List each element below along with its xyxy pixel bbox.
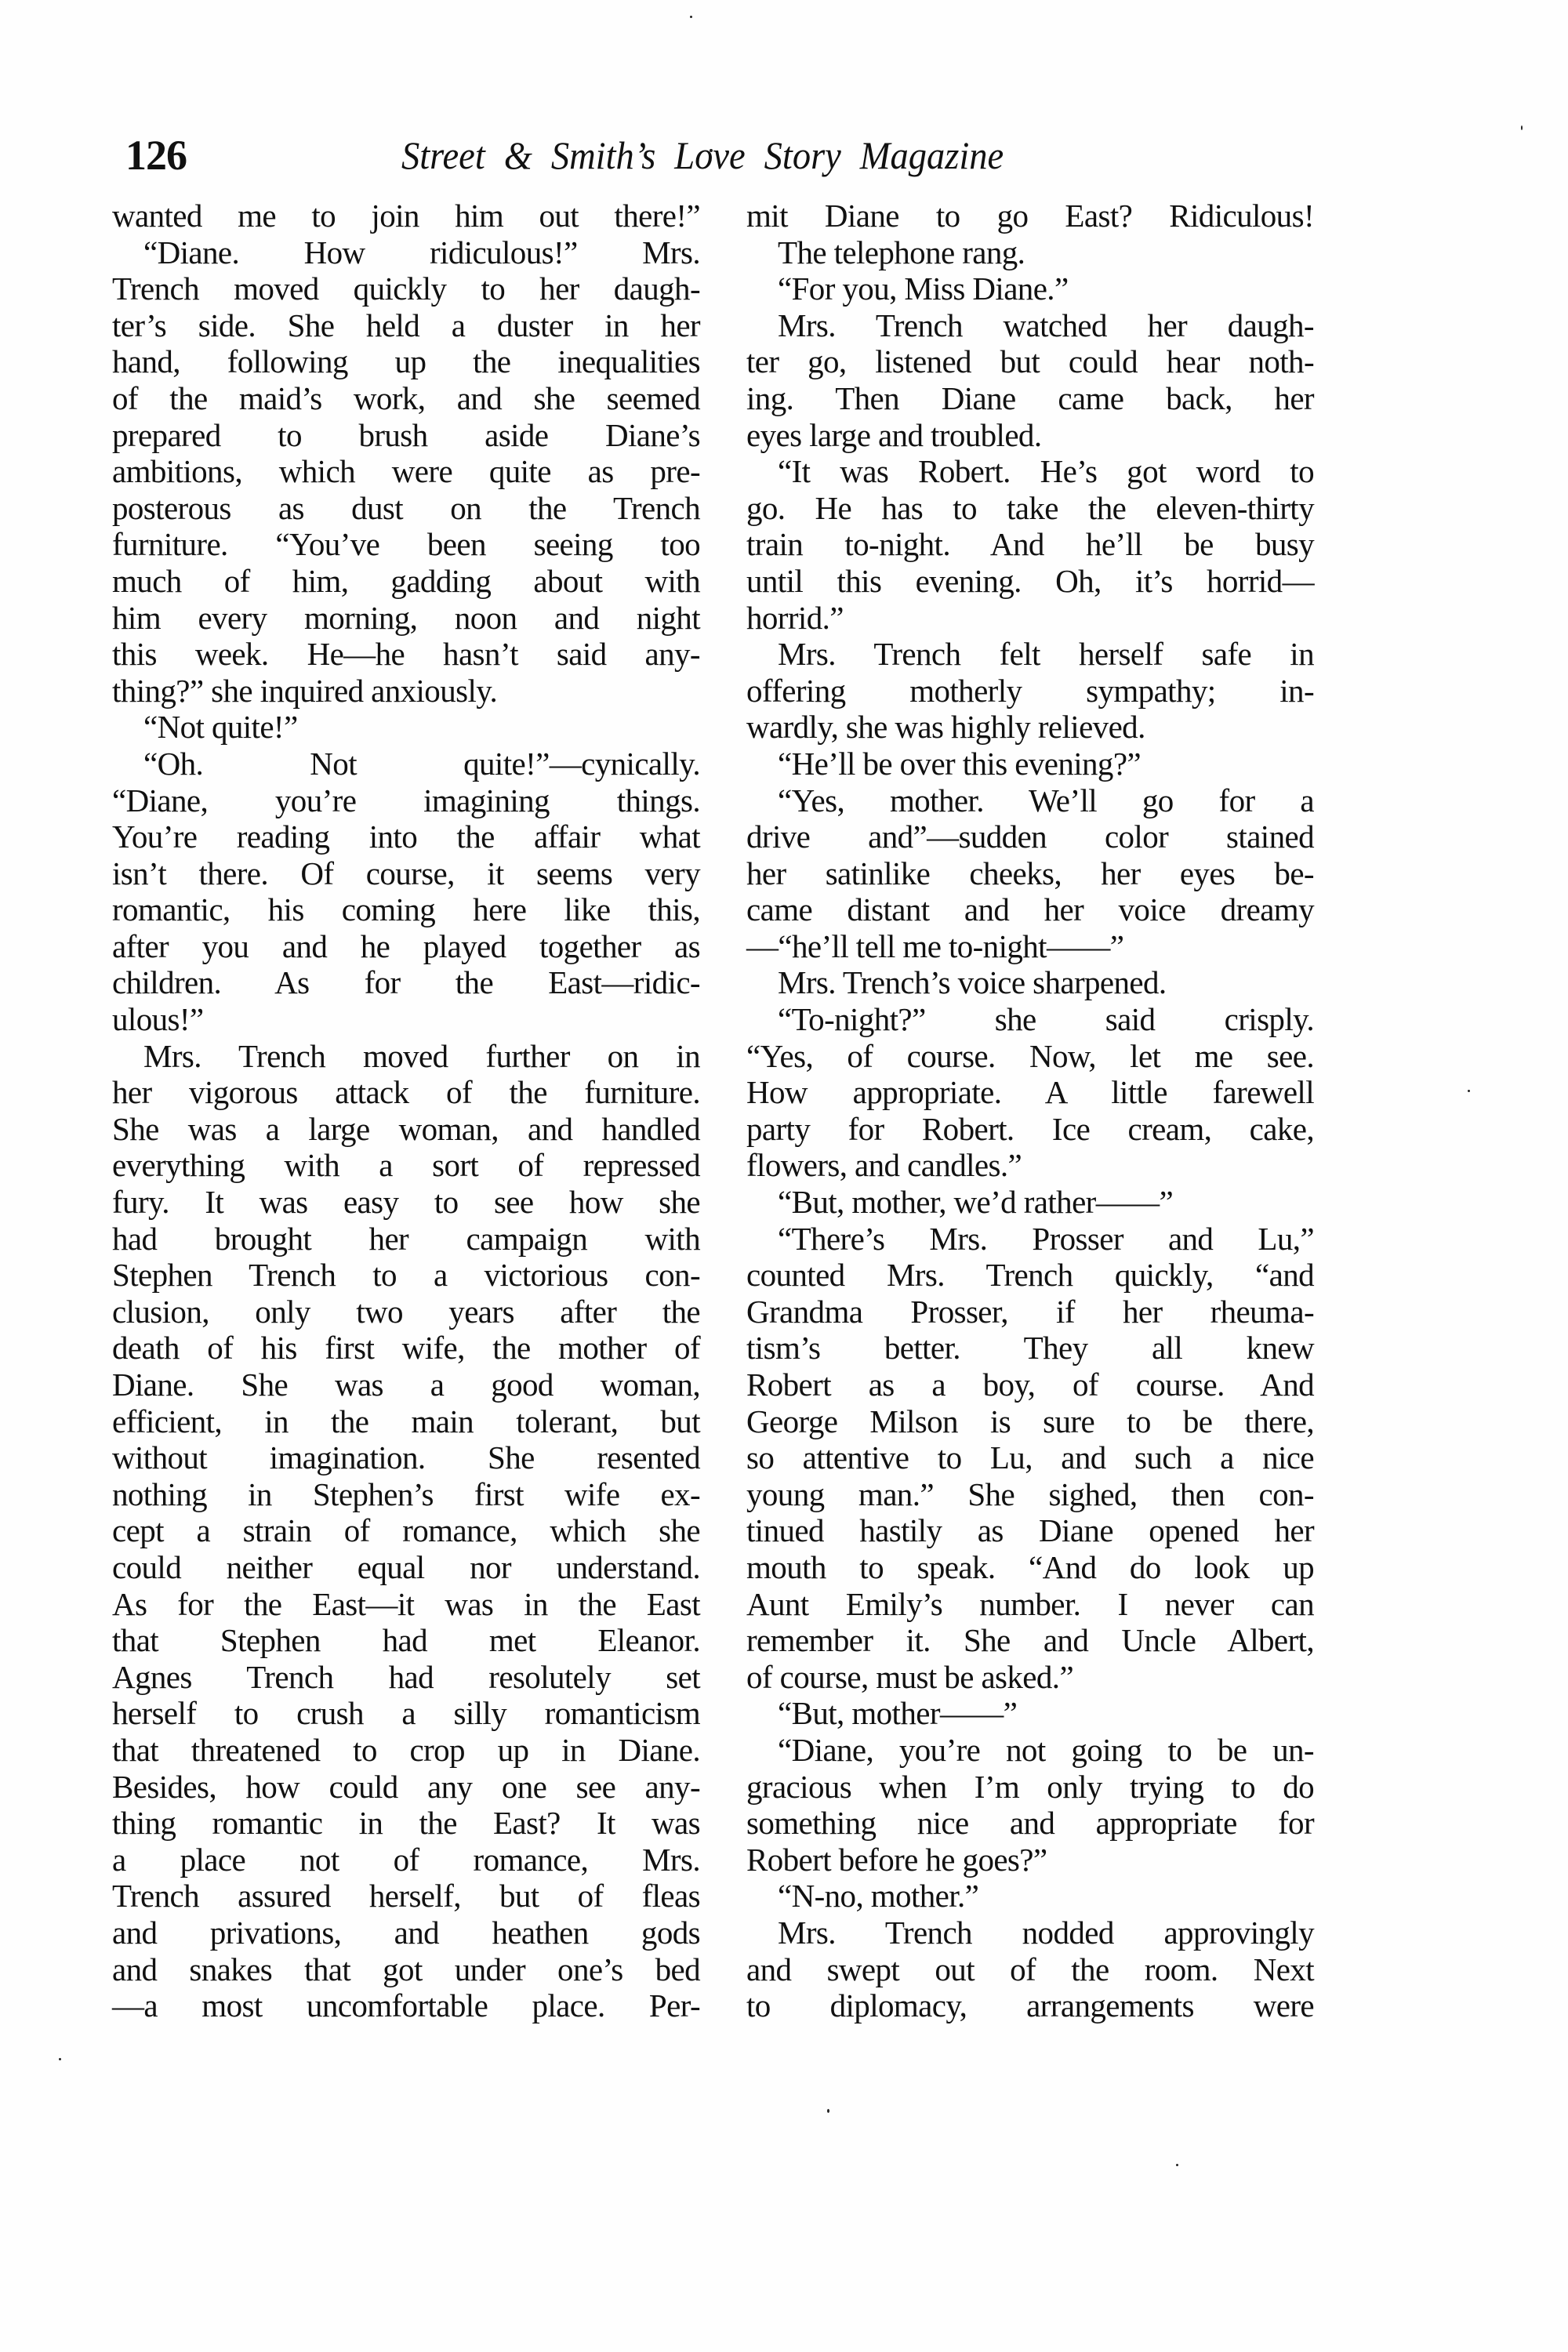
text-line: of course, must be asked.” [746, 1659, 1314, 1696]
text-line: death of his first wife, the mother of [112, 1330, 700, 1367]
text-line: “To-night?” she said crisply. [746, 1001, 1314, 1038]
text-line: horrid.” [746, 600, 1314, 637]
text-line: party for Robert. Ice cream, cake, [746, 1111, 1314, 1148]
text-line: “Yes, of course. Now, let me see. [746, 1038, 1314, 1075]
text-line: eyes large and troubled. [746, 417, 1314, 454]
text-line: thing?” she inquired anxiously. [112, 673, 700, 710]
text-line: She was a large woman, and handled [112, 1111, 700, 1148]
text-line: tinued hastily as Diane opened her [746, 1512, 1314, 1549]
text-line: ter’s side. She held a duster in her [112, 307, 700, 344]
scan-speck [1468, 1090, 1470, 1092]
text-line: Trench assured herself, but of fleas [112, 1878, 700, 1915]
text-line: and swept out of the room. Next [746, 1951, 1314, 1988]
text-line: young man.” She sighed, then con- [746, 1476, 1314, 1513]
scan-speck [59, 2058, 61, 2060]
text-line: much of him, gadding about with [112, 563, 700, 600]
text-line: something nice and appropriate for [746, 1805, 1314, 1842]
text-line: “Diane, you’re not going to be un- [746, 1732, 1314, 1769]
text-line: without imagination. She resented [112, 1439, 700, 1476]
scan-speck [710, 149, 713, 152]
text-line: to diplomacy, arrangements were [746, 1987, 1314, 2024]
text-line: “For you, Miss Diane.” [746, 270, 1314, 307]
text-line: Robert as a boy, of course. And [746, 1367, 1314, 1403]
text-line: had brought her campaign with [112, 1221, 700, 1258]
text-line: “Not quite!” [112, 709, 700, 746]
text-line: Robert before he goes?” [746, 1842, 1314, 1878]
text-line: Grandma Prosser, if her rheuma- [746, 1294, 1314, 1330]
text-line: ing. Then Diane came back, her [746, 380, 1314, 417]
running-head: 126 Street & Smith’s Love Story Magazine [0, 132, 1568, 179]
text-line: cept a strain of romance, which she [112, 1512, 700, 1549]
text-line: ulous!” [112, 1001, 700, 1038]
text-line: wanted me to join him out there!” [112, 198, 700, 234]
text-line: —“he’ll tell me to-night——” [746, 928, 1314, 965]
text-line: her vigorous attack of the furniture. [112, 1074, 700, 1111]
text-line: counted Mrs. Trench quickly, “and [746, 1257, 1314, 1294]
text-line: everything with a sort of repressed [112, 1147, 700, 1184]
text-line: posterous as dust on the Trench [112, 490, 700, 527]
text-line: “There’s Mrs. Prosser and Lu,” [746, 1221, 1314, 1258]
text-line: offering motherly sympathy; in- [746, 673, 1314, 710]
text-line: came distant and her voice dreamy [746, 891, 1314, 928]
text-line: Mrs. Trench watched her daugh- [746, 307, 1314, 344]
scan-speck [1176, 2164, 1178, 2166]
page-number: 126 [125, 132, 187, 179]
text-line: fury. It was easy to see how she [112, 1184, 700, 1221]
text-line: Mrs. Trench’s voice sharpened. [746, 964, 1314, 1001]
text-line: mit Diane to go East? Ridiculous! [746, 198, 1314, 234]
text-line: “Oh. Not quite!”—cynically. [112, 746, 700, 782]
text-line: children. As for the East—ridic- [112, 964, 700, 1001]
magazine-title: Street & Smith’s Love Story Magazine [401, 132, 1004, 179]
text-line: remember it. She and Uncle Albert, [746, 1622, 1314, 1659]
scan-speck [690, 16, 692, 18]
text-line: efficient, in the main tolerant, but [112, 1403, 700, 1440]
text-line: Trench moved quickly to her daugh- [112, 270, 700, 307]
text-line: and privations, and heathen gods [112, 1915, 700, 1951]
text-line: Mrs. Trench felt herself safe in [746, 636, 1314, 673]
text-line: “Yes, mother. We’ll go for a [746, 782, 1314, 819]
text-line: “It was Robert. He’s got word to [746, 453, 1314, 490]
text-line: go. He has to take the eleven-thirty [746, 490, 1314, 527]
text-line: train to-night. And he’ll be busy [746, 526, 1314, 563]
text-line: that Stephen had met Eleanor. [112, 1622, 700, 1659]
text-line: wardly, she was highly relieved. [746, 709, 1314, 746]
text-line: “But, mother——” [746, 1695, 1314, 1732]
text-line: herself to crush a silly romanticism [112, 1695, 700, 1732]
text-line: How appropriate. A little farewell [746, 1074, 1314, 1111]
text-line: hand, following up the inequalities [112, 343, 700, 380]
text-line: ambitions, which were quite as pre- [112, 453, 700, 490]
text-line: so attentive to Lu, and such a nice [746, 1439, 1314, 1476]
text-line: —a most uncomfortable place. Per- [112, 1987, 700, 2024]
text-line: Aunt Emily’s number. I never can [746, 1586, 1314, 1623]
text-line: Mrs. Trench moved further on in [112, 1038, 700, 1075]
text-line: “Diane, you’re imagining things. [112, 782, 700, 819]
text-line: nothing in Stephen’s first wife ex- [112, 1476, 700, 1513]
text-line: that threatened to crop up in Diane. [112, 1732, 700, 1769]
text-line: and snakes that got under one’s bed [112, 1951, 700, 1988]
text-line: ter go, listened but could hear noth- [746, 343, 1314, 380]
text-line: As for the East—it was in the East [112, 1586, 700, 1623]
text-line: mouth to speak. “And do look up [746, 1549, 1314, 1586]
text-line: could neither equal nor understand. [112, 1549, 700, 1586]
text-line: prepared to brush aside Diane’s [112, 417, 700, 454]
text-line: tism’s better. They all knew [746, 1330, 1314, 1367]
text-line: Stephen Trench to a victorious con- [112, 1257, 700, 1294]
left-text-column: wanted me to join him out there!”“Diane.… [112, 198, 700, 2024]
magazine-page: 126 Street & Smith’s Love Story Magazine… [0, 0, 1568, 2352]
scan-speck [827, 2109, 829, 2113]
text-line: isn’t there. Of course, it seems very [112, 855, 700, 892]
text-line: drive and”—sudden color stained [746, 818, 1314, 855]
text-line: “But, mother, we’d rather——” [746, 1184, 1314, 1221]
text-line: Mrs. Trench nodded approvingly [746, 1915, 1314, 1951]
right-text-column: mit Diane to go East? Ridiculous!The tel… [746, 198, 1314, 2024]
text-line: flowers, and candles.” [746, 1147, 1314, 1184]
text-line: this week. He—he hasn’t said any- [112, 636, 700, 673]
text-line: her satinlike cheeks, her eyes be- [746, 855, 1314, 892]
text-line: Agnes Trench had resolutely set [112, 1659, 700, 1696]
text-line: gracious when I’m only trying to do [746, 1769, 1314, 1806]
text-line: furniture. “You’ve been seeing too [112, 526, 700, 563]
text-line: “Diane. How ridiculous!” Mrs. [112, 234, 700, 271]
text-line: “N-no, mother.” [746, 1878, 1314, 1915]
text-line: “He’ll be over this evening?” [746, 746, 1314, 782]
text-line: thing romantic in the East? It was [112, 1805, 700, 1842]
text-line: The telephone rang. [746, 234, 1314, 271]
text-line: Besides, how could any one see any- [112, 1769, 700, 1806]
text-line: clusion, only two years after the [112, 1294, 700, 1330]
text-line: You’re reading into the affair what [112, 818, 700, 855]
text-line: romantic, his coming here like this, [112, 891, 700, 928]
text-line: Diane. She was a good woman, [112, 1367, 700, 1403]
scan-speck [1521, 125, 1523, 130]
text-line: him every morning, noon and night [112, 600, 700, 637]
text-line: of the maid’s work, and she seemed [112, 380, 700, 417]
text-line: until this evening. Oh, it’s horrid— [746, 563, 1314, 600]
text-line: a place not of romance, Mrs. [112, 1842, 700, 1878]
text-line: after you and he played together as [112, 928, 700, 965]
text-line: George Milson is sure to be there, [746, 1403, 1314, 1440]
